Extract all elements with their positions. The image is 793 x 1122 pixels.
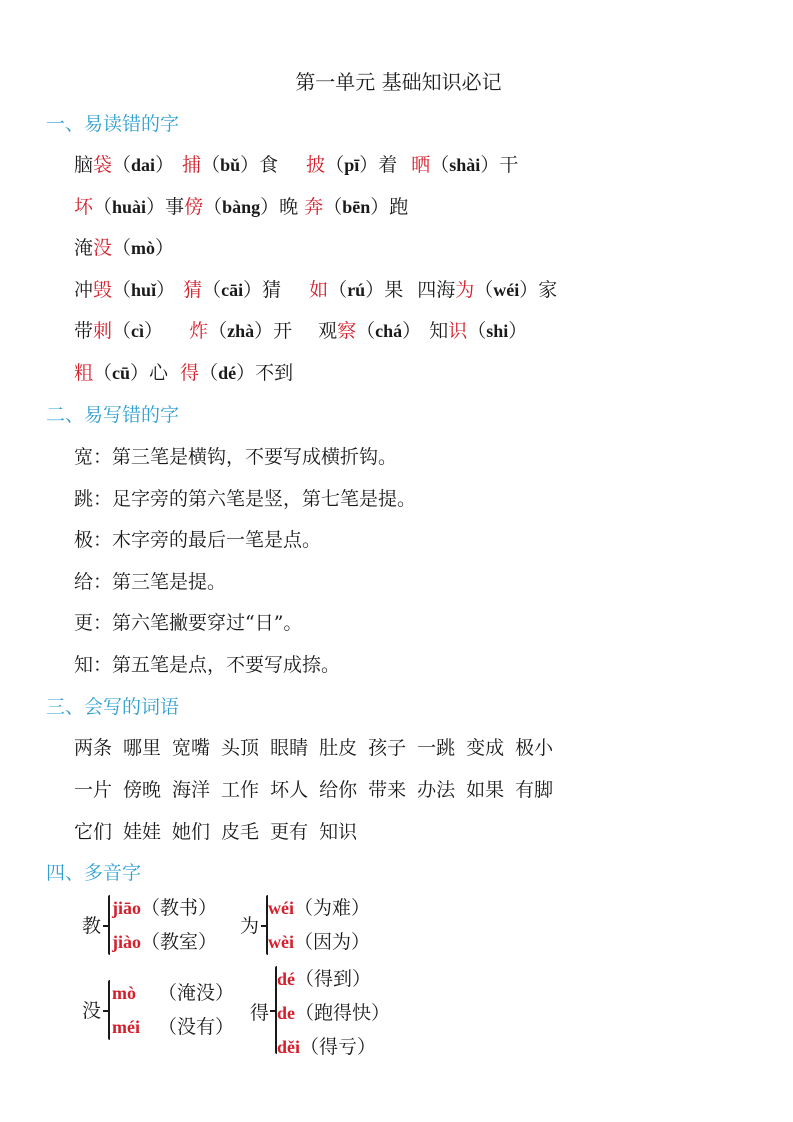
polyphone-option: mò（淹没） (112, 978, 234, 1005)
misread-line: 冲毁（huǐ）猜（cāi）猜如（rú）果四海为（wéi）家 (74, 275, 557, 302)
pinyin: chá (375, 321, 402, 341)
vocabulary-word: 肚皮 (319, 733, 357, 760)
entry-suffix: 家 (538, 279, 557, 301)
highlighted-char: 为 (455, 279, 474, 301)
polyphone-char: 没 (82, 996, 101, 1023)
polyphone-option: jiào（教室） (112, 927, 217, 954)
entry-suffix: 干 (499, 154, 518, 176)
vocabulary-word: 海洋 (172, 775, 210, 802)
pinyin: bēn (342, 197, 370, 217)
section-heading-miswrite: 二、易写错的字 (46, 400, 179, 427)
vocabulary-word: 它们 (74, 817, 112, 844)
entry-suffix: 着 (378, 154, 397, 176)
pinyin: shài (449, 155, 480, 175)
section-heading-vocabulary: 三、会写的词语 (46, 692, 179, 719)
vocabulary-word: 一片 (74, 775, 112, 802)
misread-entry: 淹没（mò） (74, 237, 174, 259)
vocabulary-row: 它们娃娃她们皮毛更有知识 (74, 817, 368, 844)
vocabulary-word: 孩子 (368, 733, 406, 760)
entry-prefix: 知 (429, 320, 448, 342)
vocabulary-row: 两条哪里宽嘴头顶眼睛肚皮孩子一跳变成极小 (74, 733, 564, 760)
section-heading-misread: 一、易读错的字 (46, 109, 179, 136)
highlighted-char: 猜 (183, 279, 202, 301)
vocabulary-word: 哪里 (123, 733, 161, 760)
misread-entry: 得（dé）不到 (180, 362, 293, 384)
highlighted-char: 没 (93, 237, 112, 259)
highlighted-char: 识 (448, 320, 467, 342)
highlighted-char: 刺 (93, 320, 112, 342)
misread-line: 淹没（mò） (74, 233, 174, 260)
miswrite-item: 知：第五笔是点，不要写成捺。 (74, 650, 340, 677)
highlighted-char: 毁 (93, 279, 112, 301)
highlighted-char: 披 (306, 154, 325, 176)
misread-line: 坏（huài）事傍（bàng）晚奔（bēn）跑 (74, 192, 408, 219)
miswrite-item: 给：第三笔是提。 (74, 567, 226, 594)
misread-entry: 如（rú）果 (309, 279, 417, 301)
pinyin: dé (218, 363, 236, 383)
highlighted-char: 傍 (184, 196, 203, 218)
vocabulary-word: 办法 (417, 775, 455, 802)
misread-entry: 炸（zhà）开 (189, 320, 318, 342)
polyphone-group-jiao: 教 jiāo（教书） jiào（教室） (82, 893, 242, 963)
misread-entry: 四海为（wéi）家 (417, 279, 557, 301)
misread-line: 脑袋（dai）捕（bǔ）食披（pī）着晒（shài）干 (74, 150, 518, 177)
vocabulary-word: 极小 (515, 733, 553, 760)
polyphone-group-wei: 为 wéi（为难） wèi（因为） (240, 893, 400, 963)
vocabulary-word: 变成 (466, 733, 504, 760)
highlighted-char: 得 (180, 362, 199, 384)
entry-suffix: 心 (149, 362, 168, 384)
highlighted-char: 察 (337, 320, 356, 342)
misread-entry: 捕（bǔ）食 (182, 154, 306, 176)
polyphone-char: 得 (250, 998, 269, 1025)
vocabulary-row: 一片傍晚海洋工作坏人给你带来办法如果有脚 (74, 775, 564, 802)
pinyin: huài (112, 197, 146, 217)
pinyin: shi (486, 321, 508, 341)
vocabulary-word: 更有 (270, 817, 308, 844)
vocabulary-word: 傍晚 (123, 775, 161, 802)
polyphone-option: jiāo（教书） (112, 893, 217, 920)
polyphone-char: 为 (240, 911, 259, 938)
entry-prefix: 冲 (74, 279, 93, 301)
miswrite-item: 跳：足字旁的第六笔是竖，第七笔是提。 (74, 484, 416, 511)
pinyin: cāi (221, 280, 243, 300)
pinyin: pī (344, 155, 359, 175)
misread-entry: 晒（shài）干 (411, 154, 518, 176)
misread-entry: 带刺（cì） (74, 320, 189, 342)
misread-entry: 披（pī）着 (306, 154, 411, 176)
polyphone-option: děi（得亏） (277, 1032, 376, 1059)
miswrite-item: 宽：第三笔是横钩，不要写成横折钩。 (74, 442, 397, 469)
polyphone-group-mei: 没 mò（淹没） méi（没有） (82, 978, 252, 1048)
pinyin: huǐ (131, 280, 156, 300)
pinyin: zhà (227, 321, 254, 341)
pinyin: cì (131, 321, 144, 341)
miswrite-item: 更：第六笔撇要穿过“日”。 (74, 608, 302, 635)
vocabulary-word: 宽嘴 (172, 733, 210, 760)
misread-entry: 奔（bēn）跑 (304, 196, 408, 218)
entry-suffix: 猜 (262, 279, 281, 301)
polyphone-option: de（跑得快） (277, 998, 390, 1025)
pinyin: bàng (222, 197, 260, 217)
brace-icon (108, 980, 110, 1040)
vocabulary-word: 给你 (319, 775, 357, 802)
vocabulary-word: 一跳 (417, 733, 455, 760)
misread-entry: 猜（cāi）猜 (183, 279, 309, 301)
pinyin: dai (131, 155, 155, 175)
entry-suffix: 食 (259, 154, 278, 176)
misread-entry: 冲毁（huǐ） (74, 279, 183, 301)
vocabulary-word: 她们 (172, 817, 210, 844)
highlighted-char: 炸 (189, 320, 208, 342)
vocabulary-word: 两条 (74, 733, 112, 760)
highlighted-char: 捕 (182, 154, 201, 176)
misread-entry: 知识（shi） (429, 320, 527, 342)
entry-suffix: 开 (273, 320, 292, 342)
misread-entry: 粗（cū）心 (74, 362, 180, 384)
entry-suffix: 不到 (255, 362, 293, 384)
misread-line: 带刺（cì）炸（zhà）开观察（chá）知识（shi） (74, 316, 527, 343)
vocabulary-word: 坏人 (270, 775, 308, 802)
polyphone-option: wéi（为难） (268, 893, 370, 920)
vocabulary-word: 娃娃 (123, 817, 161, 844)
polyphone-option: méi（没有） (112, 1012, 234, 1039)
entry-prefix: 脑 (74, 154, 93, 176)
vocabulary-word: 带来 (368, 775, 406, 802)
miswrite-item: 极：木字旁的最后一笔是点。 (74, 525, 321, 552)
highlighted-char: 奔 (304, 196, 323, 218)
polyphone-group-de: 得 dé（得到） de（跑得快） děi（得亏） (250, 964, 420, 1064)
entry-suffix: 事 (165, 196, 184, 218)
vocabulary-word: 工作 (221, 775, 259, 802)
entry-prefix: 带 (74, 320, 93, 342)
misread-line: 粗（cū）心得（dé）不到 (74, 358, 293, 385)
misread-entry: 脑袋（dai） (74, 154, 182, 176)
entry-suffix: 晚 (279, 196, 298, 218)
pinyin: bǔ (220, 155, 240, 175)
highlighted-char: 粗 (74, 362, 93, 384)
pinyin: mò (131, 238, 155, 258)
pinyin: cū (112, 363, 130, 383)
highlighted-char: 如 (309, 279, 328, 301)
vocabulary-word: 头顶 (221, 733, 259, 760)
entry-prefix: 观 (318, 320, 337, 342)
entry-suffix: 跑 (389, 196, 408, 218)
highlighted-char: 晒 (411, 154, 430, 176)
entry-prefix: 四海 (417, 279, 455, 301)
pinyin: wéi (493, 280, 519, 300)
misread-entry: 坏（huài）事 (74, 196, 184, 218)
highlighted-char: 坏 (74, 196, 93, 218)
vocabulary-word: 知识 (319, 817, 357, 844)
highlighted-char: 袋 (93, 154, 112, 176)
polyphone-option: wèi（因为） (268, 927, 370, 954)
section-heading-polyphones: 四、多音字 (46, 858, 141, 885)
pinyin: rú (347, 280, 365, 300)
vocabulary-word: 眼睛 (270, 733, 308, 760)
entry-suffix: 果 (384, 279, 403, 301)
brace-icon (108, 895, 110, 955)
vocabulary-word: 有脚 (515, 775, 553, 802)
polyphone-option: dé（得到） (277, 964, 371, 991)
vocabulary-word: 如果 (466, 775, 504, 802)
misread-entry: 观察（chá） (318, 320, 429, 342)
entry-prefix: 淹 (74, 237, 93, 259)
misread-entry: 傍（bàng）晚 (184, 196, 304, 218)
page-title: 第一单元 基础知识必记 (0, 66, 793, 95)
polyphone-char: 教 (82, 911, 101, 938)
vocabulary-word: 皮毛 (221, 817, 259, 844)
